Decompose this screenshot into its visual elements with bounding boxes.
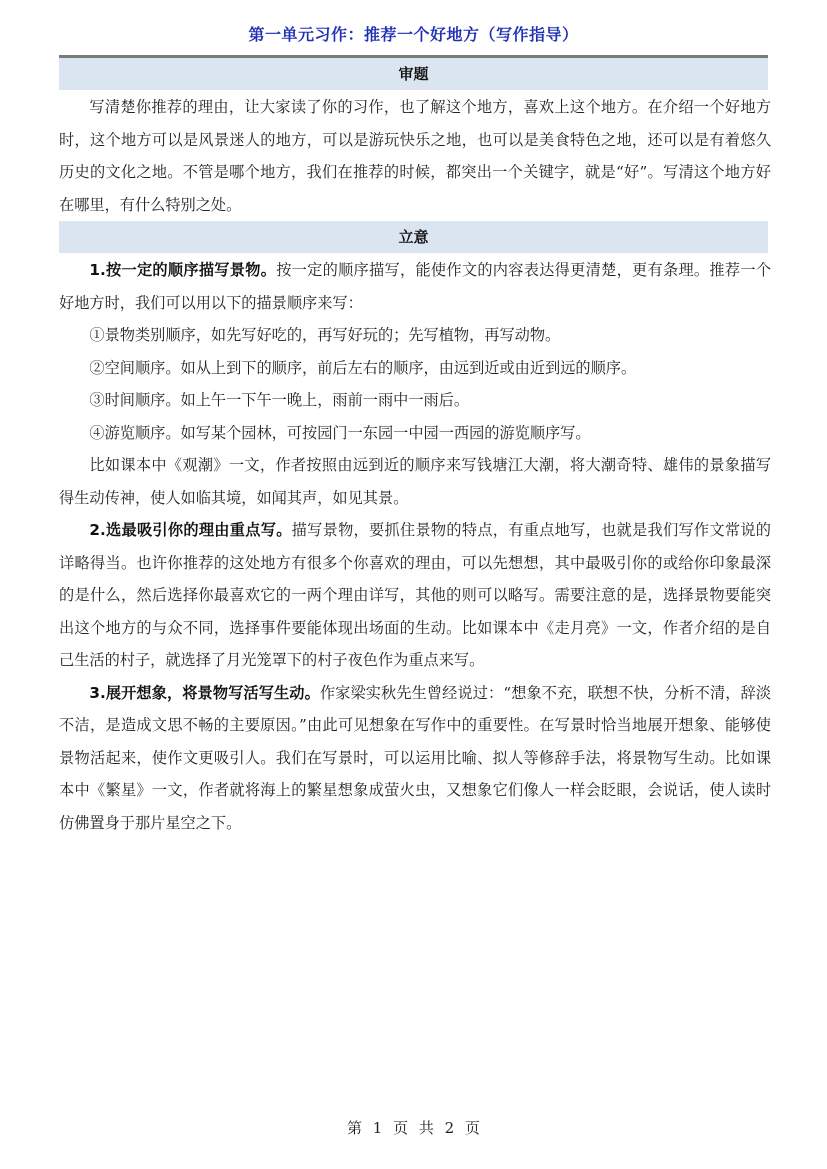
point-2: 2.选最吸引你的理由重点写。描写景物，要抓住景物的特点，有重点地写，也就是我们写… [59, 514, 771, 677]
point-lead: 2.选最吸引你的理由重点写。 [89, 521, 291, 539]
section-heading-shenti: 审题 [59, 58, 768, 90]
list-item: ②空间顺序。如从上到下的顺序，前后左右的顺序，由远到近或由近到远的顺序。 [59, 352, 771, 385]
list-item: ③时间顺序。如上午一下午一晚上，雨前一雨中一雨后。 [59, 384, 771, 417]
point-body: 作家梁实秋先生曾经说过：“想象不充，联想不快，分析不清，辞淡不洁，是造成文思不畅… [59, 684, 771, 832]
page-title: 第一单元习作：推荐一个好地方（写作指导） [0, 22, 827, 45]
point-lead: 1.按一定的顺序描写景物。 [89, 261, 276, 279]
point-1: 1.按一定的顺序描写景物。按一定的顺序描写，能使作文的内容表达得更清楚，更有条理… [59, 254, 771, 319]
list-item: ④游览顺序。如写某个园林，可按园门一东园一中园一西园的游览顺序写。 [59, 417, 771, 450]
page-footer: 第 1 页 共 2 页 [0, 1117, 827, 1138]
example-paragraph: 比如课本中《观潮》一文，作者按照由远到近的顺序来写钱塘江大潮，将大潮奇特、雄伟的… [59, 449, 771, 514]
section-body-shenti: 写清楚你推荐的理由，让大家读了你的习作，也了解这个地方，喜欢上这个地方。在介绍一… [59, 91, 771, 221]
point-3: 3.展开想象，将景物写活写生动。作家梁实秋先生曾经说过：“想象不充，联想不快，分… [59, 677, 771, 840]
section-body-liyi: 1.按一定的顺序描写景物。按一定的顺序描写，能使作文的内容表达得更清楚，更有条理… [59, 254, 771, 839]
point-lead: 3.展开想象，将景物写活写生动。 [89, 684, 319, 702]
section-heading-liyi: 立意 [59, 221, 768, 253]
list-item: ①景物类别顺序，如先写好吃的，再写好玩的；先写植物，再写动物。 [59, 319, 771, 352]
paragraph: 写清楚你推荐的理由，让大家读了你的习作，也了解这个地方，喜欢上这个地方。在介绍一… [59, 91, 771, 221]
point-body: 描写景物，要抓住景物的特点，有重点地写，也就是我们写作文常说的详略得当。也许你推… [59, 521, 771, 669]
